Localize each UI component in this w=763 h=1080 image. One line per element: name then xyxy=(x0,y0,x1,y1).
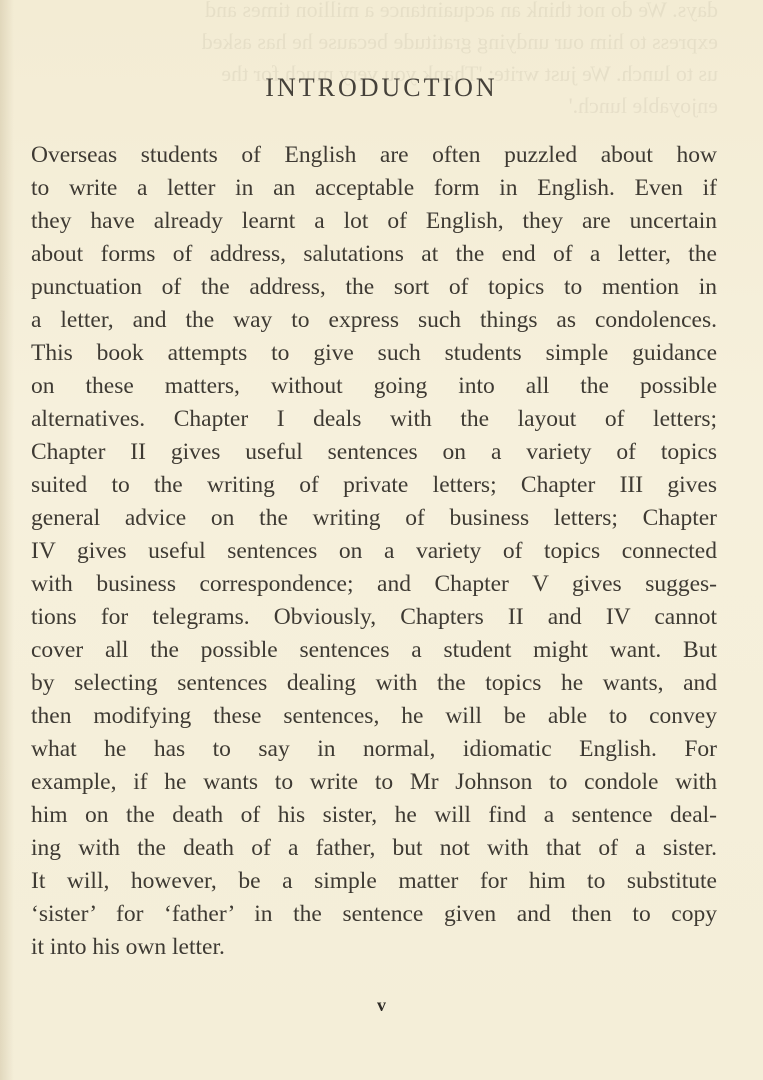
text-line: example, if he wants to write to Mr John… xyxy=(31,766,717,799)
text-line: it into his own letter. xyxy=(31,931,717,964)
text-line: punctuation of the address, the sort of … xyxy=(31,271,717,304)
text-line: Chapter II gives useful sentences on a v… xyxy=(31,436,717,469)
text-line: on these matters, without going into all… xyxy=(31,370,717,403)
page-number: v xyxy=(0,995,763,1016)
text-line: they have already learnt a lot of Englis… xyxy=(31,205,717,238)
text-line: ing with the death of a father, but not … xyxy=(31,832,717,865)
text-line: him on the death of his sister, he will … xyxy=(31,799,717,832)
text-line: alternatives. Chapter I deals with the l… xyxy=(31,403,717,436)
page-title: INTRODUCTION xyxy=(0,70,763,106)
text-line: with business correspondence; and Chapte… xyxy=(31,568,717,601)
text-line: ‘sister’ for ‘father’ in the sentence gi… xyxy=(31,898,717,931)
show-through-line: express to him our undying gratitude bec… xyxy=(28,26,718,58)
text-line: Overseas students of English are often p… xyxy=(31,139,717,172)
text-line: tions for telegrams. Obviously, Chapters… xyxy=(31,601,717,634)
book-page: days. We do not think an acquaintance a … xyxy=(0,0,763,1080)
text-line: a letter, and the way to express such th… xyxy=(31,304,717,337)
text-line: suited to the writing of private letters… xyxy=(31,469,717,502)
text-line: to write a letter in an acceptable form … xyxy=(31,172,717,205)
introduction-paragraph: Overseas students of English are often p… xyxy=(31,139,717,964)
text-line: general advice on the writing of busines… xyxy=(31,502,717,535)
text-line: cover all the possible sentences a stude… xyxy=(31,634,717,667)
text-line: what he has to say in normal, idiomatic … xyxy=(31,733,717,766)
text-line: IV gives useful sentences on a variety o… xyxy=(31,535,717,568)
show-through-line: days. We do not think an acquaintance a … xyxy=(28,0,718,26)
text-line: This book attempts to give such students… xyxy=(31,337,717,370)
text-line: It will, however, be a simple matter for… xyxy=(31,865,717,898)
text-line: about forms of address, salutations at t… xyxy=(31,238,717,271)
text-line: by selecting sentences dealing with the … xyxy=(31,667,717,700)
text-line: then modifying these sentences, he will … xyxy=(31,700,717,733)
